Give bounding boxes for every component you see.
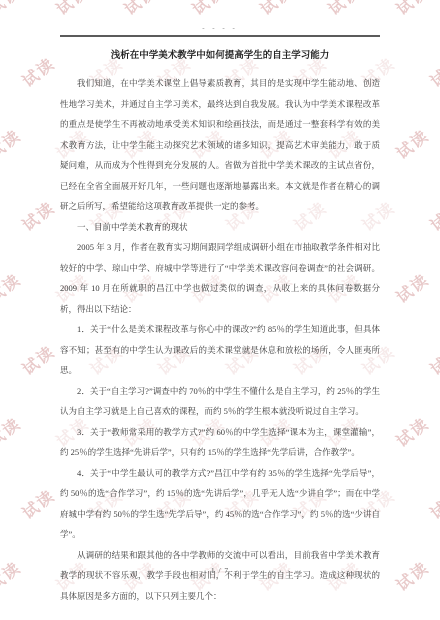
- watermark-text: 试读: [17, 195, 60, 235]
- watermark-text: 试读: [0, 411, 25, 451]
- watermark-text: 试读: [0, 267, 25, 307]
- watermark-text: 试读: [17, 483, 60, 523]
- paragraph: 3．关于“教师常采用的教学方式?”约 60％的中学生选择“课本为主，课堂灌输”，…: [60, 422, 380, 463]
- watermark-text: 试读: [391, 267, 434, 307]
- header-rule: [60, 35, 380, 37]
- watermark-text: 试读: [425, 195, 440, 235]
- paragraph: 4．关于“中学生最认可的教学方式?”昌江中学有约 35％的学生选择“先学后导”，…: [60, 463, 380, 545]
- section-heading: 一、目前中学美术教育的现状: [60, 217, 380, 238]
- watermark-text: 试读: [391, 0, 434, 20]
- paragraph: 我们知道，在中学美术课堂上倡导素质教育，其目的是实现中学生能动地、创造性地学习美…: [60, 73, 380, 217]
- paragraph: 从调研的结果和跟其他的各中学教师的交流中可以看出，目前我省中学美术教育教学的现状…: [60, 545, 380, 607]
- page-number: 1 / 7: [0, 566, 440, 575]
- page-content: - - - - 浅析在中学美术教学中如何提高学生的自主学习能力 我们知道，在中学…: [60, 0, 380, 606]
- paragraph: 2005 年 3 月，作者在教育实习期间跟同学组成调研小组在市抽取教学条件相对比…: [60, 237, 380, 319]
- watermark-text: 试读: [0, 123, 25, 163]
- watermark-text: 试读: [425, 51, 440, 91]
- document-page: 试读试读试读试读试读试读试读试读试读试读试读试读试读试读试读试读试读试读试读试读…: [0, 0, 440, 620]
- paragraph-container: 我们知道，在中学美术课堂上倡导素质教育，其目的是实现中学生能动地、创造性地学习美…: [60, 73, 380, 606]
- watermark-text: 试读: [17, 339, 60, 379]
- watermark-text: 试读: [425, 483, 440, 523]
- header-dots: - - - -: [60, 24, 380, 32]
- document-title: 浅析在中学美术教学中如何提高学生的自主学习能力: [60, 49, 380, 63]
- watermark-text: 试读: [0, 0, 25, 20]
- watermark-text: 试读: [391, 411, 434, 451]
- paragraph: 2．关于“自主学习?”调查中约 70％的中学生不懂什么是自主学习，约 25％的学…: [60, 381, 380, 422]
- watermark-text: 试读: [425, 339, 440, 379]
- watermark-text: 试读: [391, 123, 434, 163]
- watermark-text: 试读: [391, 555, 434, 595]
- paragraph: 1．关于“什么是美术课程改革与你心中的课改?”约 85％的学生知道此事，但具体容…: [60, 319, 380, 381]
- watermark-text: 试读: [17, 51, 60, 91]
- watermark-text: 试读: [0, 555, 25, 595]
